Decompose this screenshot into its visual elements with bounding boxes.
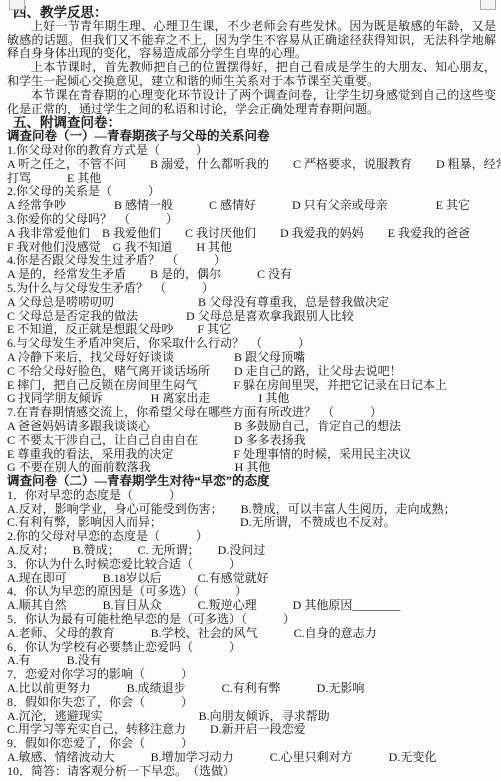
option-line: A.比以前更努力 B.成绩退步 C.有利有弊 D.无影响 (7, 682, 496, 696)
questionnaire2-body: 1．你对早恋的态度是（ ）A.反对，影响学业，身心可能受到伤害； B.赞成，可以… (7, 489, 496, 779)
question-line: 6.与父母发生矛盾冲突后，你采取什么行动？ （ ） (7, 337, 496, 351)
question-line: 2.你的父母对早恋的态度是（ ） (7, 530, 496, 544)
option-line: C 不给父母好脸色，赌气离开谈话场所 D 走自己的路，让父母去说吧！ (7, 365, 496, 379)
questionnaire2-title: 调查问卷（二）—青春期学生对待“早恋”的态度 (7, 475, 496, 489)
option-line: A 听之任之，不管不问 B 溺爱，什么都听我的 C 严格要求，说服教育 D 粗暴… (7, 158, 496, 172)
option-line: A.老师、父母的教育 B.学校、社会的风气 C.自身的意志力 (7, 627, 496, 641)
question-line: 7．恋爱对你学习的影响（ ） (7, 668, 496, 682)
option-line: A.敏感、情绪波动大 B.增加学习动力 C.心里只剩对方 D.无变化 (7, 751, 496, 765)
question-line: 1.你父母对你的教育方式是（ ） (7, 144, 496, 158)
option-line: A.顺其自然 B.盲目从众 C.叛逆心理 D 其他原因________ (7, 599, 496, 613)
option-line: A 是的，经常发生矛盾 B 是的，偶尔 C 没有 (7, 268, 496, 282)
question-line: 10．简答：请客观分析一下早恋。 （选做） (7, 765, 496, 779)
questionnaire1-title: 调查问卷（一）—青春期孩子与父母的关系问卷 (7, 130, 496, 144)
option-line: A 经常争吵 B 感情一般 C 感情好 D 只有父亲或母亲 E 其它 (7, 199, 496, 213)
document-page: 四、教学反思： 上好一节青年期生理、心理卫生课，不少老师会有些发怵。因为既是敏感… (0, 0, 501, 781)
option-line: C 不要太干涉自己，让自己自由自在 D 多多表扬我 (7, 434, 496, 448)
option-line: A 父母总是唠唠叨叨 B 父母没有尊重我，总是替我做决定 (7, 296, 496, 310)
question-line: 6．你认为学校有必要禁止恋爱吗（ ） (7, 641, 496, 655)
questionnaire1-body: 1.你父母对你的教育方式是（ ）A 听之任之，不管不问 B 溺爱，什么都听我的 … (7, 144, 496, 475)
reflection-paragraph-1: 上好一节青年期生理、心理卫生课，不少老师会有些发怵。因为既是敏感的年龄，又是敏感… (7, 20, 496, 61)
reflection-paragraph-2: 上本节课时，首先教师把自己的位置摆得好，把自己看成是学生的大朋友、知心朋友，和学… (7, 61, 496, 89)
question-line: 7.在青春期情感交流上，你希望父母在哪些方面有所改进？ （ ） (7, 406, 496, 420)
question-line: 1．你对早恋的态度是（ ） (7, 489, 496, 503)
question-line: 8．假如你失恋了，你会（ ） (7, 696, 496, 710)
option-line: A 冷静下来后，找父母好好谈谈 B 跟父母顶嘴 (7, 351, 496, 365)
page-boundary-mark-right (480, 0, 496, 10)
question-line: 9．假如你恋爱了，你会（ ） (7, 737, 496, 751)
question-line: 5．你认为最有可能杜绝早恋的是（可多选）（ ） (7, 613, 496, 627)
question-line: 3.你爱你的父母吗？ （ ） (7, 213, 496, 227)
page-boundary-mark-left (9, 0, 25, 10)
option-line: A 我非常爱他们 B 我爱他们 C 我讨厌他们 D 我爱我的妈妈 E 我爱我的爸… (7, 227, 496, 241)
option-line: A.反对； B.赞成； C. 无所谓； D.没问过 (7, 544, 496, 558)
option-line: 打骂 E 其他 (7, 172, 496, 186)
option-line: A 爸爸妈妈请多跟我谈谈心 B 多鼓励自己，肯定自己的想法 (7, 420, 496, 434)
question-line: 3．你认为什么时候恋爱比较合适（ ） (7, 558, 496, 572)
question-line: 5.为什么与父母发生矛盾？ （ ） (7, 282, 496, 296)
reflection-paragraph-3: 本节课在青春期的心理变化环节设计了两个调查问卷，让学生切身感觉到自己的这些变化是… (7, 89, 496, 117)
section-reflection-title: 四、教学反思： (7, 6, 496, 20)
